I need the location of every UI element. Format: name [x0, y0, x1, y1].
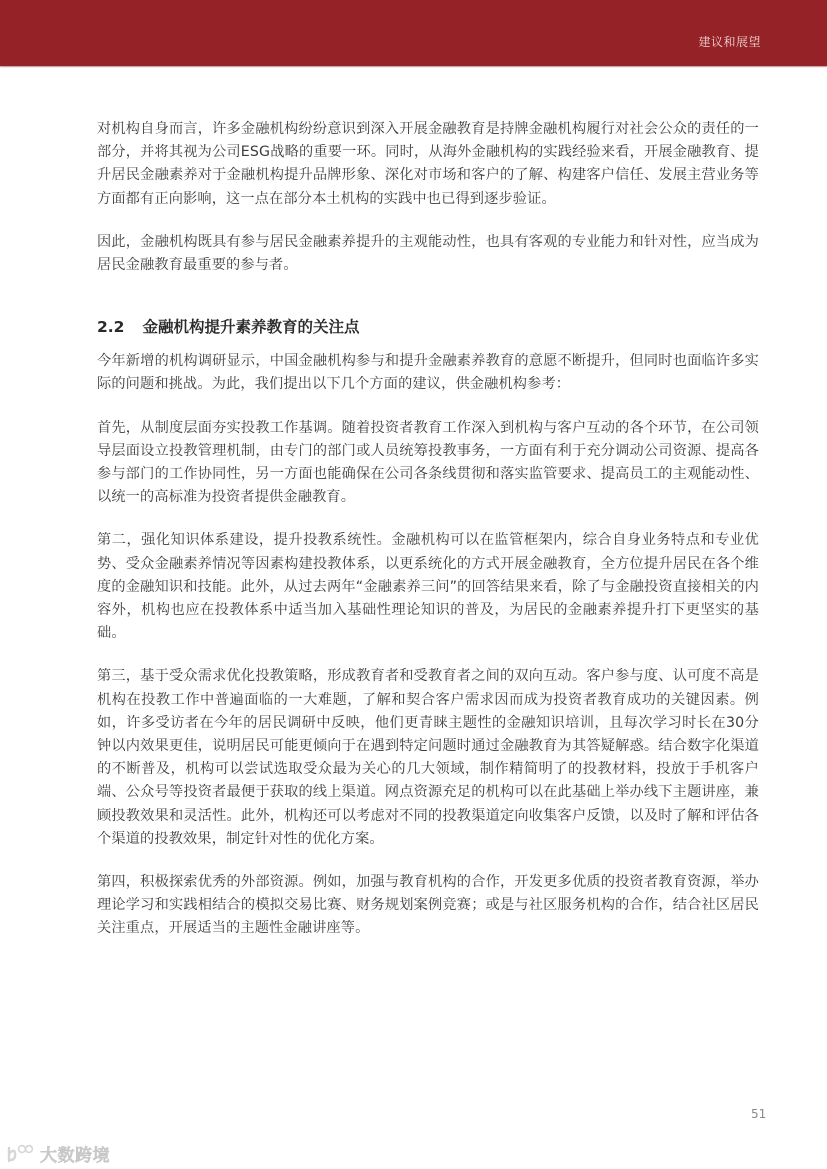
section-number: 2.2: [97, 316, 124, 338]
page-number: 51: [751, 1107, 766, 1121]
paragraph-second: 第二，强化知识体系建设，提升投教系统性。金融机构可以在监管框架内，综合自身业务特…: [97, 529, 759, 645]
header-section-title: 建议和展望: [698, 33, 761, 50]
header-band: 建议和展望: [0, 0, 827, 66]
section-title: 金融机构提升素养教育的关注点: [142, 316, 359, 338]
paragraph-section-intro: 今年新增的机构调研显示，中国金融机构参与和提升金融素养教育的意愿不断提升，但同时…: [97, 350, 759, 396]
section-heading: 2.2 金融机构提升素养教育的关注点: [97, 316, 759, 338]
watermark: 大数跨境: [6, 1141, 110, 1166]
page-content: 对机构自身而言，许多金融机构纷纷意识到深入开展金融教育是持牌金融机构履行对社会公…: [97, 118, 759, 961]
paragraph-first: 首先，从制度层面夯实投教工作基调。随着投资者教育工作深入到机构与客户互动的各个环…: [97, 417, 759, 510]
paragraph-intro-1: 对机构自身而言，许多金融机构纷纷意识到深入开展金融教育是持牌金融机构履行对社会公…: [97, 118, 759, 211]
watermark-text: 大数跨境: [40, 1141, 110, 1166]
cloud-logo-icon: [6, 1144, 36, 1164]
paragraph-third: 第三，基于受众需求优化投教策略，形成教育者和受教育者之间的双向互动。客户参与度、…: [97, 665, 759, 851]
paragraph-intro-2: 因此，金融机构既具有参与居民金融素养提升的主观能动性，也具有客观的专业能力和针对…: [97, 231, 759, 277]
paragraph-fourth: 第四，积极探索优秀的外部资源。例如，加强与教育机构的合作，开发更多优质的投资者教…: [97, 871, 759, 941]
